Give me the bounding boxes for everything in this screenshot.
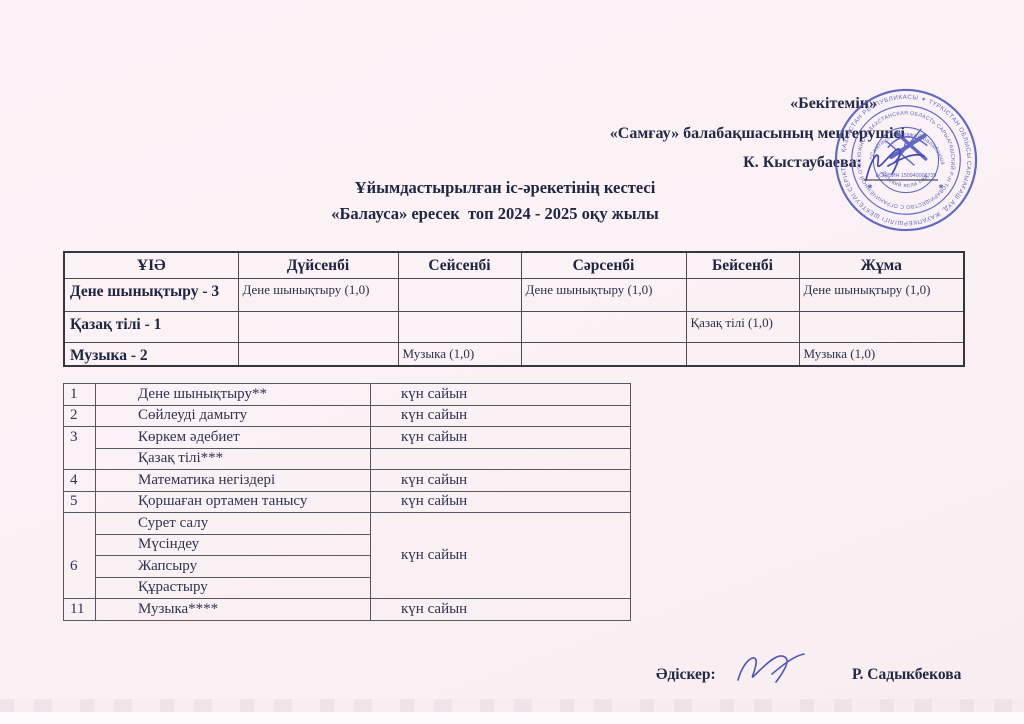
activity-frequency: күн сайын	[371, 491, 631, 513]
activity-name: Музыка****	[96, 599, 371, 621]
activity-name: Дене шынықтыру**	[96, 384, 371, 406]
activity-name: Құрастыру	[96, 577, 371, 599]
row-number: 1	[64, 384, 96, 406]
col-header-wednesday: Сәрсенбі	[521, 252, 686, 279]
col-header-thursday: Бейсенбі	[686, 252, 799, 279]
col-header-uia: ҰІӘ	[64, 252, 238, 279]
table-row: Қазақ тілі***	[64, 448, 631, 470]
activity-frequency: күн сайын	[371, 599, 631, 621]
schedule-cell	[799, 312, 964, 343]
methodist-label: Әдіскер:	[656, 666, 716, 684]
doc-title-line-1: Ұйымдастырылған іс-әрекетінің кестесі	[0, 178, 1010, 198]
schedule-row-kazakh: Қазақ тілі - 1 Қазақ тілі (1,0)	[64, 312, 964, 343]
document-page: «Бекітемін» «Самғау» балабақшасының меңг…	[0, 0, 1024, 724]
scan-bottom-strip	[0, 712, 1024, 724]
col-header-friday: Жұма	[799, 252, 964, 279]
activity-name: Сурет салу	[96, 513, 371, 535]
activity-name: Қоршаған ортамен танысу	[96, 491, 371, 513]
row-number: 4	[64, 470, 96, 492]
schedule-cell: Қазақ тілі (1,0)	[686, 312, 799, 343]
row-number: 11	[64, 599, 96, 621]
activity-frequency: күн сайын	[371, 470, 631, 492]
table-row: 5 Қоршаған ортамен танысу күн сайын	[64, 491, 631, 513]
schedule-cell: Дене шынықтыру (1,0)	[799, 279, 964, 312]
activity-name: Қазақ тілі***	[96, 448, 371, 470]
schedule-cell	[521, 343, 686, 367]
schedule-cell	[686, 279, 799, 312]
activity-name: Математика негіздері	[96, 470, 371, 492]
activity-name: Жапсыру	[96, 556, 371, 578]
subject-cell: Музыка - 2	[64, 343, 238, 367]
table-row: 6 Сурет салу күн сайын	[64, 513, 631, 535]
schedule-row-music: Музыка - 2 Музыка (1,0) Музыка (1,0)	[64, 343, 964, 367]
doc-title-line-2: «Балауса» ересек топ 2024 - 2025 оқу жыл…	[0, 204, 990, 224]
activity-name: Мүсіндеу	[96, 534, 371, 556]
schedule-cell	[238, 312, 398, 343]
row-number: 6	[64, 513, 96, 599]
schedule-cell	[521, 312, 686, 343]
schedule-cell: Дене шынықтыру (1,0)	[238, 279, 398, 312]
activity-frequency: күн сайын	[371, 405, 631, 427]
schedule-cell	[398, 312, 521, 343]
activity-name: Сөйлеуді дамыту	[96, 405, 371, 427]
table-row: 1 Дене шынықтыру** күн сайын	[64, 384, 631, 406]
schedule-row-physical: Дене шынықтыру - 3 Дене шынықтыру (1,0) …	[64, 279, 964, 312]
row-number: 3	[64, 427, 96, 470]
col-header-tuesday: Сейсенбі	[398, 252, 521, 279]
methodist-signature	[728, 644, 820, 694]
table-row: 2 Сөйлеуді дамыту күн сайын	[64, 405, 631, 427]
weekly-schedule-table: ҰІӘ Дүйсенбі Сейсенбі Сәрсенбі Бейсенбі …	[63, 251, 965, 367]
schedule-cell	[238, 343, 398, 367]
scan-noise-band	[0, 699, 1024, 712]
schedule-cell	[686, 343, 799, 367]
schedule-header-row: ҰІӘ Дүйсенбі Сейсенбі Сәрсенбі Бейсенбі …	[64, 252, 964, 279]
table-row: 11 Музыка**** күн сайын	[64, 599, 631, 621]
col-header-monday: Дүйсенбі	[238, 252, 398, 279]
subject-cell: Дене шынықтыру - 3	[64, 279, 238, 312]
activity-name: Көркем әдебиет	[96, 427, 371, 449]
schedule-cell: Дене шынықтыру (1,0)	[521, 279, 686, 312]
activity-frequency	[371, 448, 631, 470]
table-row: 4 Математика негіздері күн сайын	[64, 470, 631, 492]
activity-frequency: күн сайын	[371, 513, 631, 599]
activity-frequency: күн сайын	[371, 427, 631, 449]
row-number: 5	[64, 491, 96, 513]
schedule-cell: Музыка (1,0)	[799, 343, 964, 367]
methodist-name: Р. Садыкбекова	[852, 666, 961, 684]
table-row: 3 Көркем әдебиет күн сайын	[64, 427, 631, 449]
schedule-cell: Музыка (1,0)	[398, 343, 521, 367]
activity-frequency-table: 1 Дене шынықтыру** күн сайын 2 Сөйлеуді …	[63, 383, 631, 621]
schedule-cell	[398, 279, 521, 312]
row-number: 2	[64, 405, 96, 427]
subject-cell: Қазақ тілі - 1	[64, 312, 238, 343]
activity-frequency: күн сайын	[371, 384, 631, 406]
